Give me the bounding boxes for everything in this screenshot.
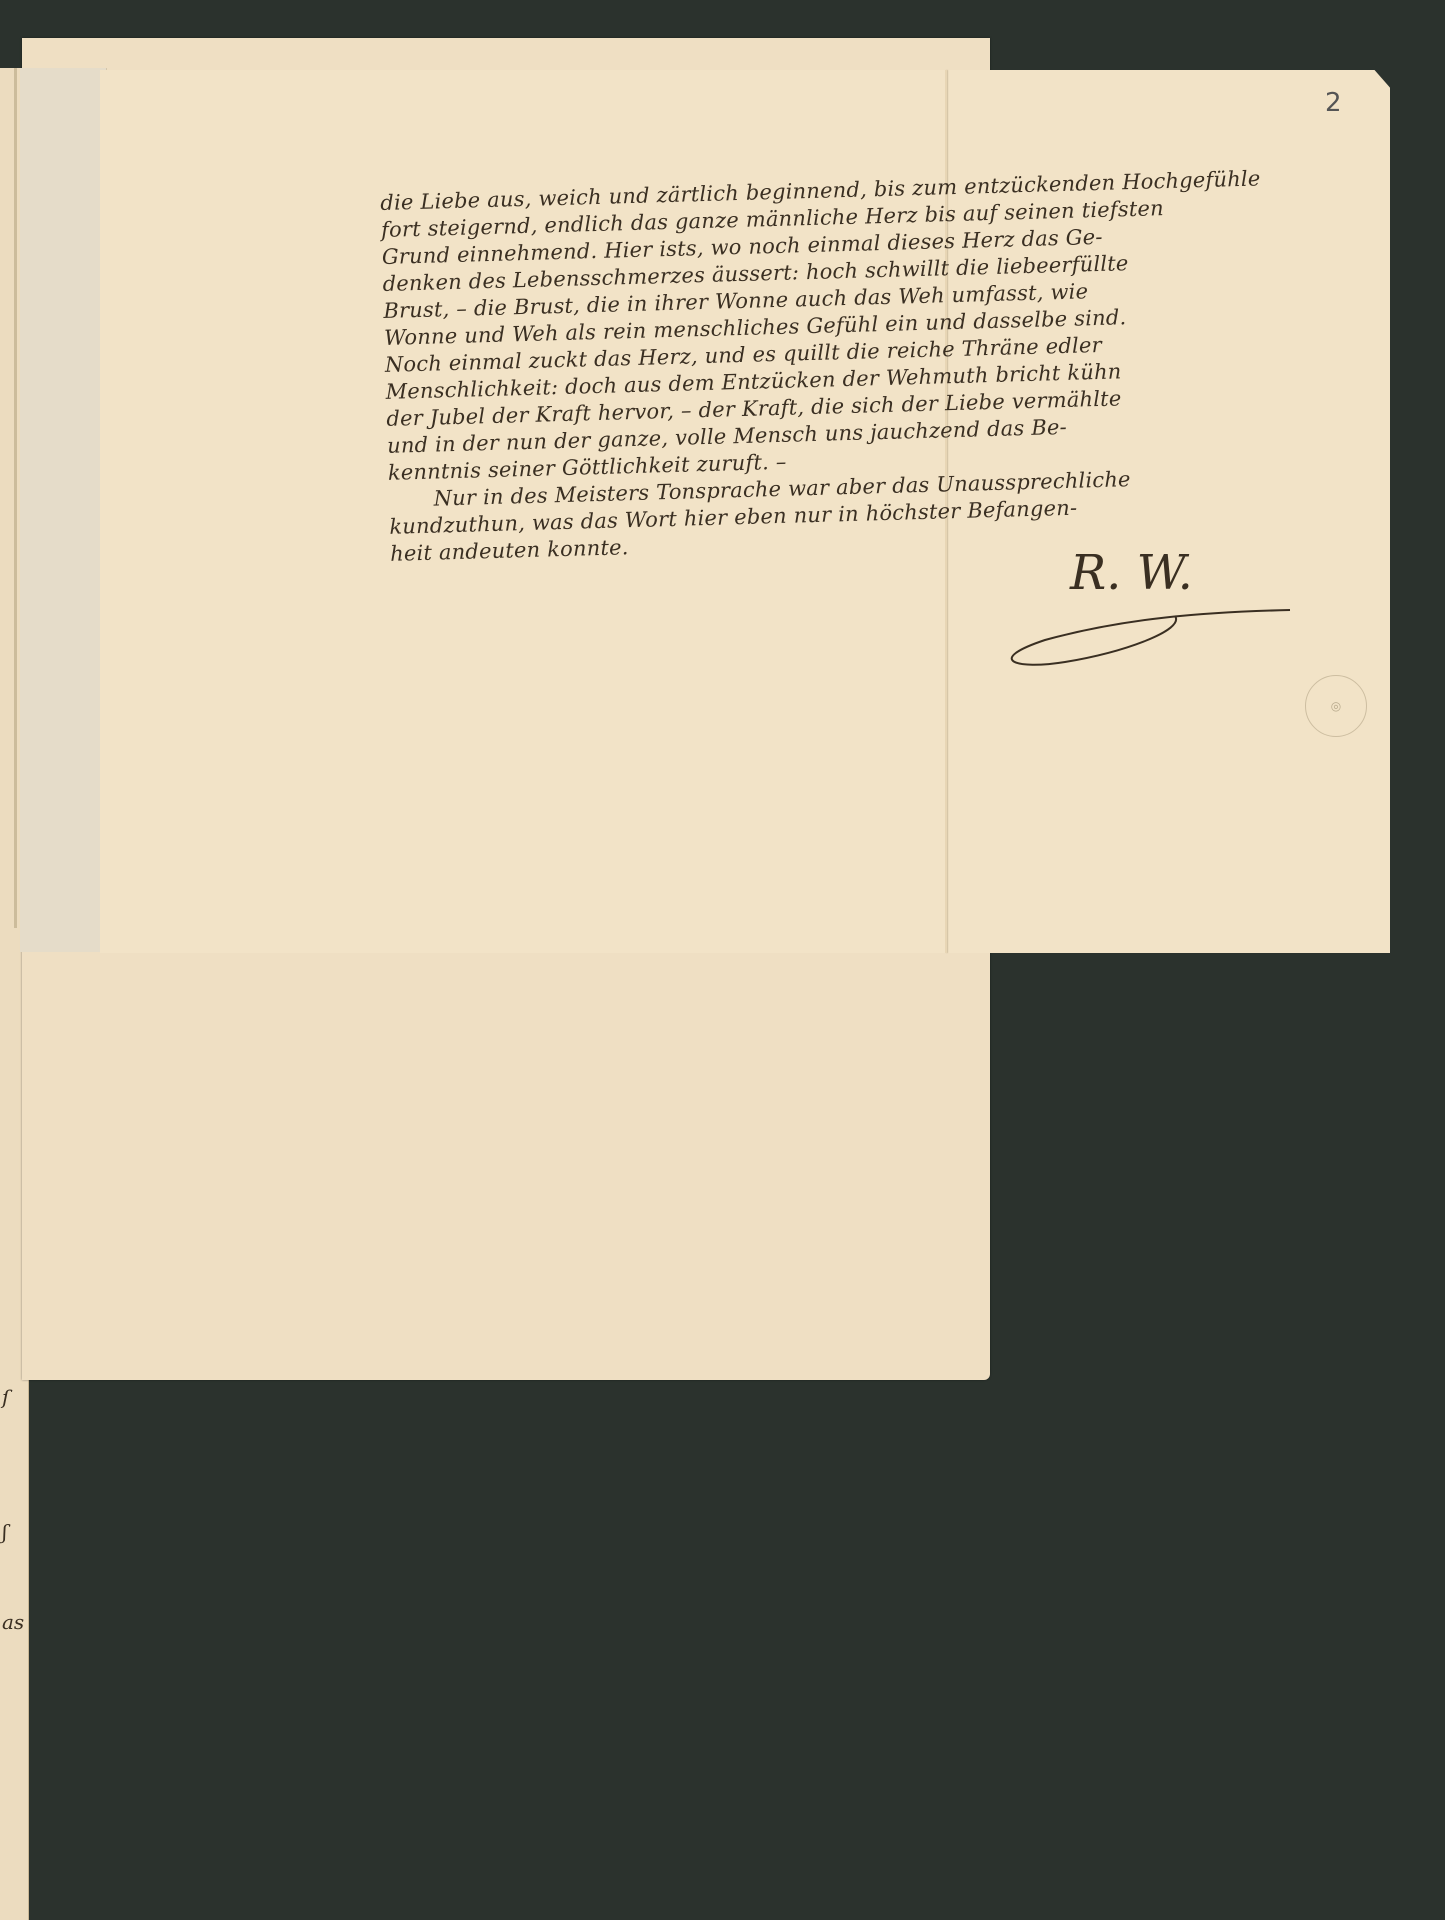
adjacent-page-script: ſ [2,1385,9,1409]
page-fold-line [14,68,17,928]
signature: R. W. [1070,545,1193,601]
page-number: 2 [1325,88,1342,118]
hinge-tape [20,68,107,952]
library-stamp-icon: ◎ [1305,675,1367,737]
letter-body: die Liebe aus, weich und zärtlich beginn… [380,162,1400,568]
signature-flourish-icon [1005,600,1305,680]
adjacent-page-script: ʃ [2,1520,7,1544]
adjacent-page-script: as [2,1610,24,1634]
